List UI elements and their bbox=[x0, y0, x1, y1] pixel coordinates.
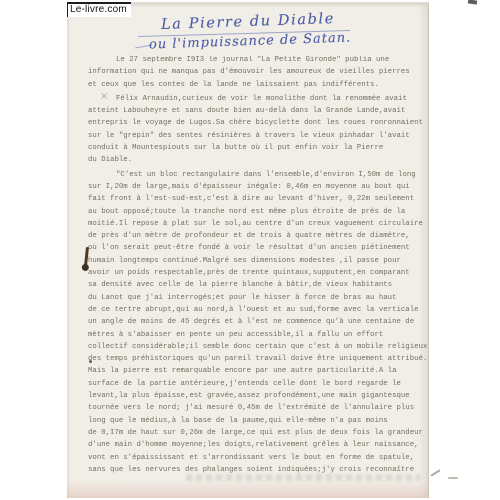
typed-line: mètres à s'abaisser en pente un peu acce… bbox=[88, 329, 426, 341]
ink-dot-mark bbox=[89, 360, 92, 363]
scanned-page: La Pierre du Diable ou l'impuissance de … bbox=[67, 2, 429, 498]
typed-line: d'une main d'homme moyenne;les doigts,re… bbox=[88, 439, 426, 451]
scan-artifact-notch bbox=[468, 0, 477, 5]
typed-line: "C'est un bloc rectangulaire dans l'ense… bbox=[88, 169, 426, 181]
typed-line: Félix Arnaudin,curieux de voir le monoli… bbox=[88, 93, 426, 105]
typed-line: conduit à Mountespiouts sur la butte où … bbox=[88, 142, 426, 154]
typed-line: tournée vers le nord; j'ai mesuré 0,45m … bbox=[88, 402, 426, 414]
typed-line: du Lanot que j'ai interrogés;et pour le … bbox=[88, 292, 426, 304]
typed-line: vont en s'épaississant et s'arrondissant… bbox=[88, 452, 426, 464]
scan-artifact-slash bbox=[430, 469, 440, 477]
typed-line: sur le "grepin" des sentes résinières à … bbox=[88, 130, 426, 142]
typed-line: atteint Labouheyre et sans doute bien au… bbox=[88, 105, 426, 117]
typed-line: entrepris le voyage de Lugos.Sa chère bi… bbox=[88, 117, 426, 129]
typed-line: long que le médius,à la base de la paume… bbox=[88, 415, 426, 427]
typed-line: levant,la plus épaisse,est gravée,assez … bbox=[88, 390, 426, 402]
paragraph-3: "C'est un bloc rectangulaire dans l'ense… bbox=[88, 169, 426, 476]
handwritten-title-line1: La Pierre du Diable bbox=[161, 11, 335, 33]
typed-line: sa densité avec celle de la pierre blanc… bbox=[88, 279, 426, 291]
typed-line: des temps préhistoriques qu'un pareil tr… bbox=[88, 353, 426, 365]
typed-line: information qui ne manqua pas d'émouvoir… bbox=[88, 66, 426, 78]
typed-line: sur I,20m de large,mais d'épaisseur inég… bbox=[88, 181, 426, 193]
scan-artifact-dash bbox=[448, 477, 458, 479]
typed-line: où l'on serait peut-être fondé à voir le… bbox=[88, 242, 426, 254]
typed-line: et ceux que les contes de la lande ne la… bbox=[88, 79, 426, 91]
le-livre-watermark: Le-livre.com bbox=[67, 2, 131, 17]
typed-line: surface de la partie antérieure,j'entend… bbox=[88, 378, 426, 390]
typed-line: collectif considérable;il semble donc ce… bbox=[88, 341, 426, 353]
typewritten-text: Le 27 septembre I9I3 le journal "La Peti… bbox=[88, 54, 426, 476]
typed-line: un angle de moins de 45 degrés et à l'es… bbox=[88, 316, 426, 328]
typed-line: fait front à l'est-sud-est,c'est à dire … bbox=[88, 193, 426, 205]
margin-x-annotation: × bbox=[100, 91, 108, 102]
paragraph-1: Le 27 septembre I9I3 le journal "La Peti… bbox=[88, 54, 426, 91]
show-through-text-ghost bbox=[186, 474, 420, 481]
typed-line: Le 27 septembre I9I3 le journal "La Peti… bbox=[88, 54, 426, 66]
paragraph-2: Félix Arnaudin,curieux de voir le monoli… bbox=[88, 93, 426, 167]
typed-line: humain longtemps continué.Malgré ses dim… bbox=[88, 255, 426, 267]
typed-line: au bout opposé;toute la tranche nord est… bbox=[88, 206, 426, 218]
typed-line: de près d'un mètre de profondeur et de t… bbox=[88, 230, 426, 242]
typed-line: de 0,I7m de haut sur 0,26m de large,ce q… bbox=[88, 427, 426, 439]
typed-line: Mais la pierre est remarquable encore pa… bbox=[88, 365, 426, 377]
typed-line: moitié.Il repose à plat sur le sol,au ce… bbox=[88, 218, 426, 230]
typed-line: du Diable. bbox=[88, 154, 426, 166]
typed-line: avoir un poids respectable,près de trent… bbox=[88, 267, 426, 279]
typed-line: de ce tertre abrupt,qui au nord,à l'oues… bbox=[88, 304, 426, 316]
